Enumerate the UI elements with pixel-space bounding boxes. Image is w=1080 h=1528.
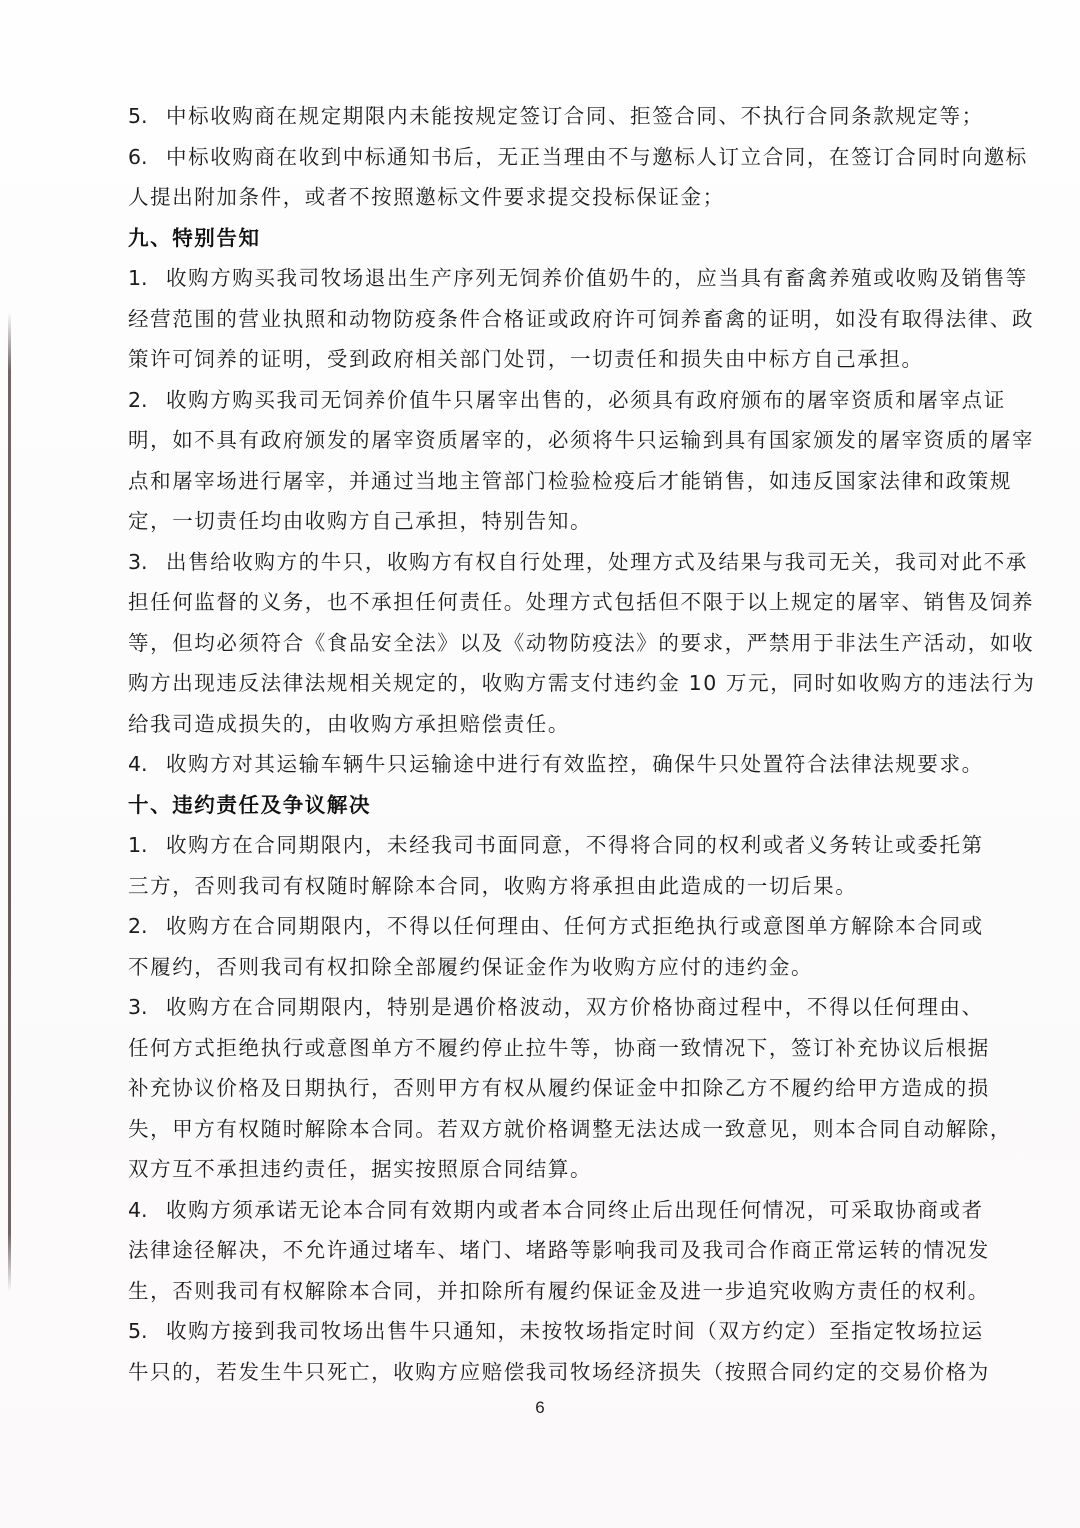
list-item-line: 5.收购方接到我司牧场出售牛只通知，未按牧场指定时间（双方约定）至指定牧场拉运	[128, 1311, 948, 1352]
item-number: 3.	[128, 987, 166, 1028]
section-heading: 十、违约责任及争议解决	[128, 785, 948, 826]
list-item-continuation: 策许可饲养的证明，受到政府相关部门处罚，一切责任和损失由中标方自己承担。	[128, 339, 948, 380]
list-item-line: 4.收购方须承诺无论本合同有效期内或者本合同终止后出现任何情况，可采取协商或者	[128, 1190, 948, 1231]
list-item-line: 1.收购方在合同期限内，未经我司书面同意，不得将合同的权利或者义务转让或委托第	[128, 825, 948, 866]
list-item-continuation: 不履约，否则我司有权扣除全部履约保证金作为收购方应付的违约金。	[128, 947, 948, 988]
item-text: 收购方须承诺无论本合同有效期内或者本合同终止后出现任何情况，可采取协商或者	[166, 1198, 984, 1222]
list-item-line: 3.收购方在合同期限内，特别是遇价格波动，双方价格协商过程中，不得以任何理由、	[128, 987, 948, 1028]
list-item-continuation: 补充协议价格及日期执行，否则甲方有权从履约保证金中扣除乙方不履约给甲方造成的损	[128, 1068, 948, 1109]
list-item-continuation: 明，如不具有政府颁发的屠宰资质屠宰的，必须将牛只运输到具有国家颁发的屠宰资质的屠…	[128, 420, 948, 461]
item-number: 4.	[128, 1190, 166, 1231]
document-page: 5.中标收购商在规定期限内未能按规定签订合同、拒签合同、不执行合同条款规定等； …	[0, 0, 1080, 1528]
list-item-line: 2.收购方购买我司无饲养价值牛只屠宰出售的，必须具有政府颁布的屠宰资质和屠宰点证	[128, 380, 948, 421]
item-text: 中标收购商在规定期限内未能按规定签订合同、拒签合同、不执行合同条款规定等；	[166, 104, 984, 128]
item-number: 1.	[128, 825, 166, 866]
list-item-continuation: 牛只的，若发生牛只死亡，收购方应赔偿我司牧场经济损失（按照合同约定的交易价格为	[128, 1352, 948, 1393]
item-number: 6.	[128, 137, 166, 178]
item-number: 2.	[128, 380, 166, 421]
list-item-continuation: 等，但均必须符合《食品安全法》以及《动物防疫法》的要求，严禁用于非法生产活动，如…	[128, 623, 948, 664]
item-text: 中标收购商在收到中标通知书后，无正当理由不与邀标人订立合同，在签订合同时向邀标	[166, 145, 1028, 169]
list-item-continuation: 给我司造成损失的，由收购方承担赔偿责任。	[128, 704, 948, 745]
item-text: 收购方在合同期限内，未经我司书面同意，不得将合同的权利或者义务转让或委托第	[166, 833, 984, 857]
scan-binding-edge	[8, 312, 11, 1292]
list-item-continuation: 经营范围的营业执照和动物防疫条件合格证或政府许可饲养畜禽的证明，如没有取得法律、…	[128, 299, 948, 340]
item-number: 1.	[128, 258, 166, 299]
list-item-line: 5.中标收购商在规定期限内未能按规定签订合同、拒签合同、不执行合同条款规定等；	[128, 96, 948, 137]
item-text: 收购方接到我司牧场出售牛只通知，未按牧场指定时间（双方约定）至指定牧场拉运	[166, 1319, 984, 1343]
list-item-continuation: 定，一切责任均由收购方自己承担，特别告知。	[128, 501, 948, 542]
item-text: 出售给收购方的牛只，收购方有权自行处理，处理方式及结果与我司无关，我司对此不承	[166, 550, 1028, 574]
list-item-continuation: 任何方式拒绝执行或意图单方不履约停止拉牛等，协商一致情况下，签订补充协议后根据	[128, 1028, 948, 1069]
list-item-line: 1.收购方购买我司牧场退出生产序列无饲养价值奶牛的，应当具有畜禽养殖或收购及销售…	[128, 258, 948, 299]
item-number: 4.	[128, 744, 166, 785]
list-item-continuation: 担任何监督的义务，也不承担任何责任。处理方式包括但不限于以上规定的屠宰、销售及饲…	[128, 582, 948, 623]
list-item-continuation: 点和屠宰场进行屠宰，并通过当地主管部门检验检疫后才能销售，如违反国家法律和政策规	[128, 461, 948, 502]
item-text: 收购方购买我司无饲养价值牛只屠宰出售的，必须具有政府颁布的屠宰资质和屠宰点证	[166, 388, 1006, 412]
item-text: 收购方对其运输车辆牛只运输途中进行有效监控，确保牛只处置符合法律法规要求。	[166, 752, 984, 776]
item-number: 5.	[128, 96, 166, 137]
list-item-continuation: 人提出附加条件，或者不按照邀标文件要求提交投标保证金；	[128, 177, 948, 218]
item-text: 收购方购买我司牧场退出生产序列无饲养价值奶牛的，应当具有畜禽养殖或收购及销售等	[166, 266, 1028, 290]
list-item-line: 3.出售给收购方的牛只，收购方有权自行处理，处理方式及结果与我司无关，我司对此不…	[128, 542, 948, 583]
document-body: 5.中标收购商在规定期限内未能按规定签订合同、拒签合同、不执行合同条款规定等； …	[128, 96, 948, 1392]
section-heading: 九、特别告知	[128, 218, 948, 259]
list-item-line: 6.中标收购商在收到中标通知书后，无正当理由不与邀标人订立合同，在签订合同时向邀…	[128, 137, 948, 178]
list-item-continuation: 生，否则我司有权解除本合同，并扣除所有履约保证金及进一步追究收购方责任的权利。	[128, 1271, 948, 1312]
page-number: 6	[0, 1398, 1080, 1418]
list-item-line: 2.收购方在合同期限内，不得以任何理由、任何方式拒绝执行或意图单方解除本合同或	[128, 906, 948, 947]
list-item-continuation: 失，甲方有权随时解除本合同。若双方就价格调整无法达成一致意见，则本合同自动解除，	[128, 1109, 948, 1150]
item-number: 5.	[128, 1311, 166, 1352]
list-item-continuation: 三方，否则我司有权随时解除本合同，收购方将承担由此造成的一切后果。	[128, 866, 948, 907]
item-number: 3.	[128, 542, 166, 583]
item-text: 收购方在合同期限内，特别是遇价格波动，双方价格协商过程中，不得以任何理由、	[166, 995, 984, 1019]
list-item-continuation: 购方出现违反法律法规相关规定的，收购方需支付违约金 10 万元，同时如收购方的违…	[128, 663, 948, 704]
item-number: 2.	[128, 906, 166, 947]
list-item-line: 4.收购方对其运输车辆牛只运输途中进行有效监控，确保牛只处置符合法律法规要求。	[128, 744, 948, 785]
item-text: 收购方在合同期限内，不得以任何理由、任何方式拒绝执行或意图单方解除本合同或	[166, 914, 984, 938]
list-item-continuation: 法律途径解决，不允许通过堵车、堵门、堵路等影响我司及我司合作商正常运转的情况发	[128, 1230, 948, 1271]
list-item-continuation: 双方互不承担违约责任，据实按照原合同结算。	[128, 1149, 948, 1190]
